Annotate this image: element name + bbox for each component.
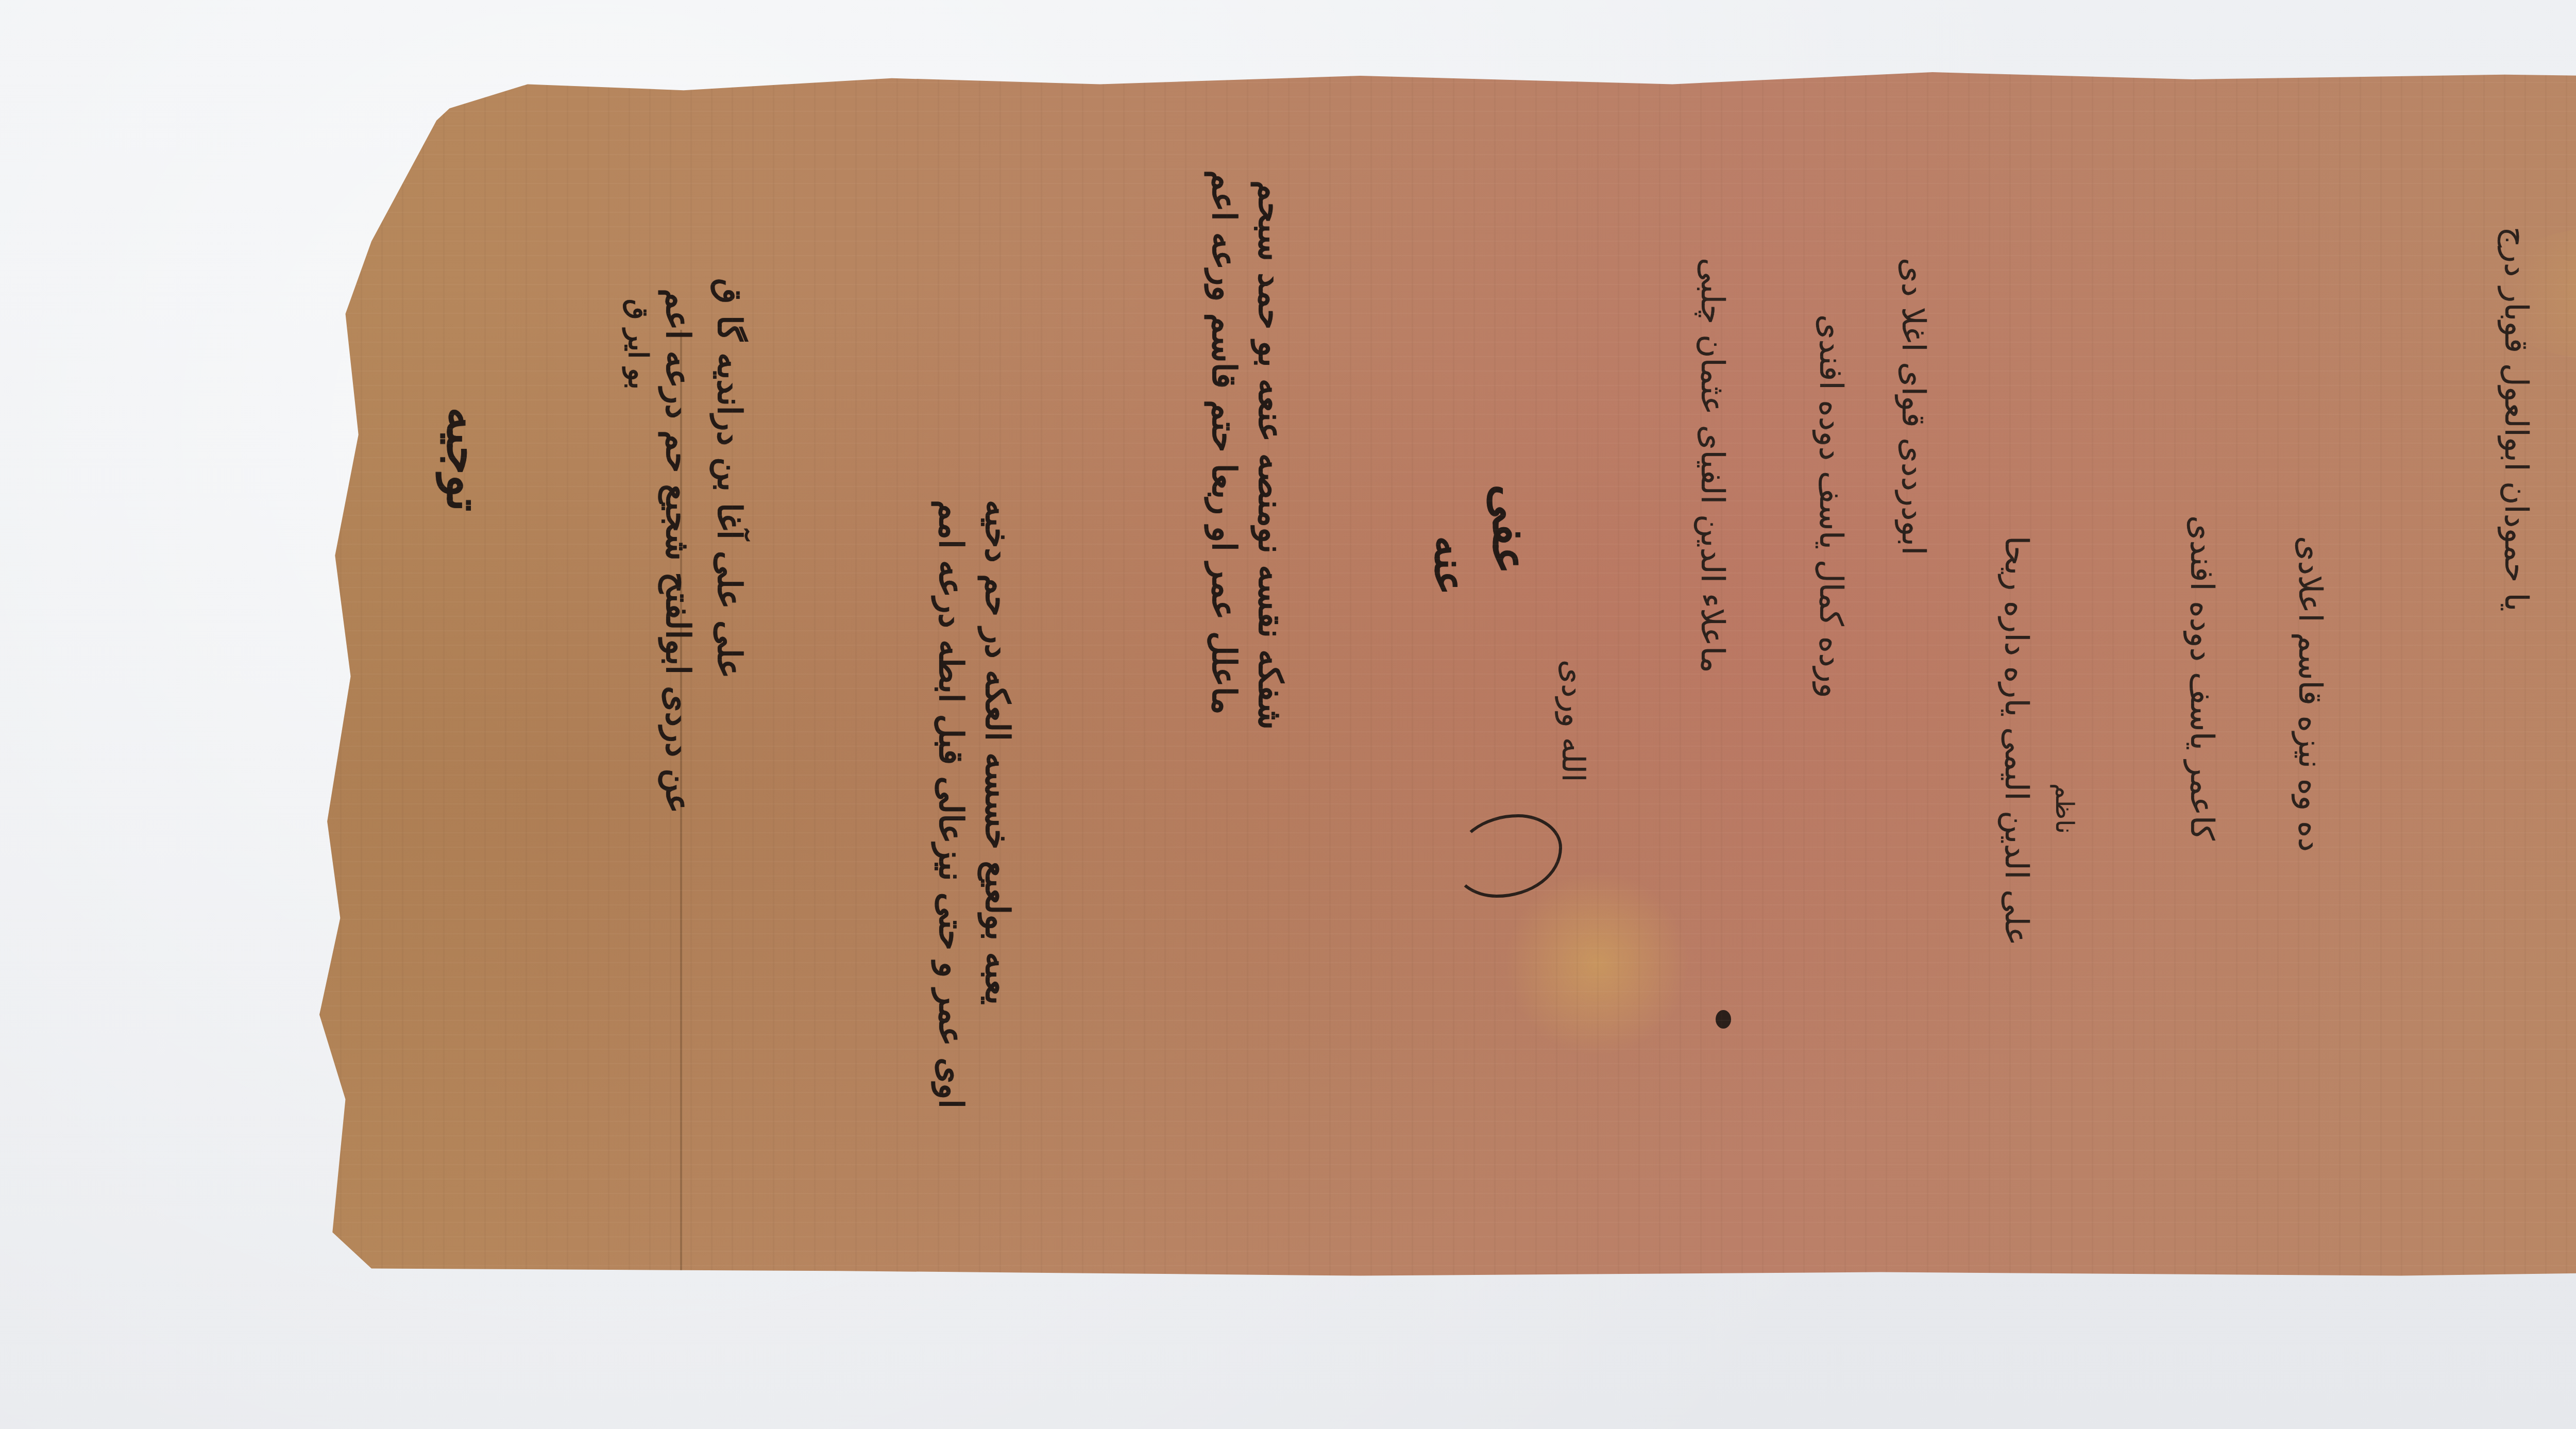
stain (2483, 227, 2576, 361)
text-line: عن دردی ابوالفتح شجیع حم درعه اعم (659, 289, 696, 813)
text-line: عفی (1484, 484, 1535, 574)
signature-flourish (1453, 814, 1562, 898)
text-line: یعبه بولعیع خسسه العکه در حم دخیه (979, 500, 1015, 1005)
text-line: علی الدین الیمی یاره داره ریحا (1999, 536, 2034, 946)
text-line: اوی عمر و حتی نیزعالی قبل ابطه درعه امم (933, 500, 969, 1108)
fold-line (680, 330, 682, 1309)
ink-dot (1716, 1010, 1731, 1029)
text-line: یا حمودان ابوالعول قوبار درج (2499, 227, 2534, 611)
text-line: کاعمر یاسف دوده افندی (2184, 515, 2219, 840)
text-line: ناظم (2050, 783, 2078, 834)
heading-tevcih: توجیه (438, 407, 489, 512)
text-line: شفکه نقسه نومنصه عنعه بو حمد سبحم (1252, 180, 1288, 730)
text-line: علی علی آغا بن دراندیه گا ق (711, 278, 747, 679)
text-line: بو ایر ق (623, 299, 653, 390)
manuscript-leaf: توجیه علی علی آغا بن دراندیه گا ق عن درد… (319, 72, 2576, 1281)
text-line: عنه (1427, 536, 1472, 595)
text-line: ماعلاء الدین الفیای عثمان چلبی (1695, 258, 1730, 673)
text-line: ابودرددی قوای اغلا دی (1896, 258, 1931, 555)
text-line: ورده کمال یاسف دوده افندی (1814, 314, 1849, 698)
text-line: ده وه نیزه قاسم اعلادی (2293, 536, 2328, 852)
text-line: ماعلل عمر او ربعا حتم قاسم ورعه اعم (1206, 170, 1242, 715)
stain (1504, 871, 1690, 1056)
text-line: الله وردی (1556, 660, 1590, 782)
